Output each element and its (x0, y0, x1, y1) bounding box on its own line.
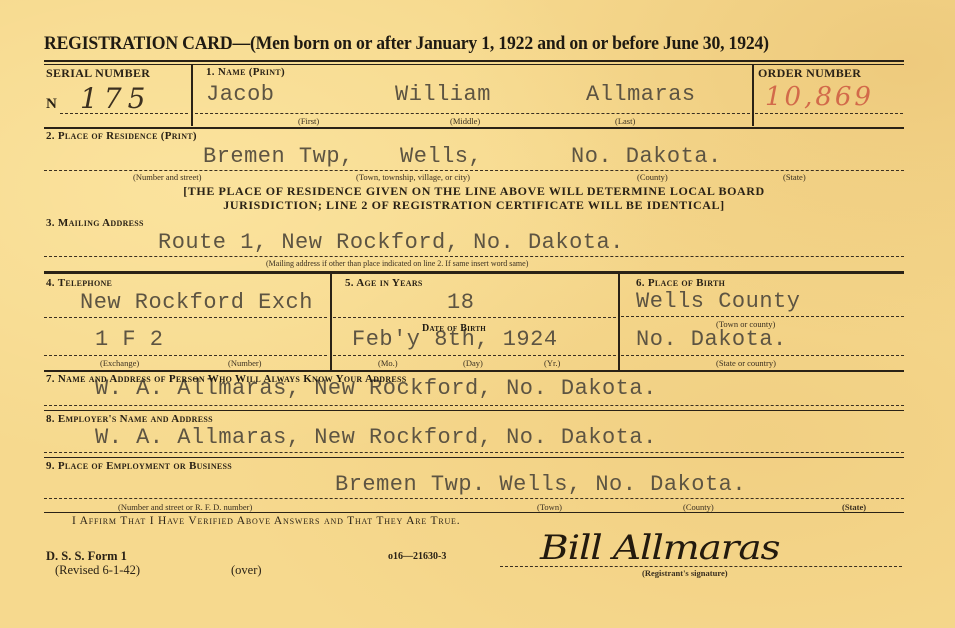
serial-number-label: SERIAL NUMBER (46, 66, 150, 81)
rule-row9 (44, 512, 904, 513)
employment-sub-town: (Town) (537, 502, 562, 512)
employer-value: W. A. Allmaras, New Rockford, No. Dakota… (95, 425, 657, 450)
mailing-sub: (Mailing address if other than place ind… (266, 259, 528, 268)
name-sub-middle: (Middle) (450, 116, 480, 126)
mailing-dash (44, 256, 904, 257)
order-dash (755, 113, 903, 114)
residence-label: 2. Place of Residence (Print) (46, 130, 197, 142)
residence-county: Wells, (400, 144, 482, 169)
telephone-sub-number: (Number) (228, 358, 262, 368)
serial-divider (191, 64, 193, 126)
employment-sub-street: (Number and street or R. F. D. number) (118, 502, 252, 512)
order-number-label: ORDER NUMBER (758, 66, 861, 81)
order-number-value: 10,869 (765, 82, 874, 112)
form-revised: (Revised 6-1-42) (55, 563, 140, 578)
rule-row4 (44, 370, 904, 372)
age-divider (618, 274, 620, 370)
employer-label: 8. Employer's Name and Address (46, 413, 213, 425)
age-label: 5. Age in Years (345, 277, 423, 289)
rule-row1 (44, 127, 904, 129)
name-sub-last: (Last) (615, 116, 635, 126)
employer-dash (44, 452, 904, 453)
rule-top (44, 60, 904, 62)
rule-row3 (44, 271, 904, 274)
serial-dash (60, 113, 188, 114)
birthplace-state: No. Dakota. (636, 327, 787, 352)
residence-dash (44, 170, 904, 171)
name-last: Allmaras (586, 82, 696, 107)
mailing-value: Route 1, New Rockford, No. Dakota. (158, 230, 624, 255)
residence-sub-county: (County) (637, 172, 668, 182)
employment-label: 9. Place of Employment or Business (46, 460, 232, 472)
dob-sub-mo: (Mo.) (378, 358, 398, 368)
telephone-exchange: New Rockford Exch (80, 290, 313, 315)
name-label: 1. Name (Print) (206, 66, 285, 78)
telephone-divider (330, 274, 332, 370)
print-code: o16—21630-3 (388, 551, 446, 562)
employment-dash (44, 498, 904, 499)
residence-sub-street: (Number and street) (133, 172, 201, 182)
birthplace-dash-1 (621, 316, 904, 317)
residence-town: Bremen Twp, (203, 144, 354, 169)
order-divider (752, 64, 754, 126)
signature-dash (500, 566, 902, 567)
name-sub-first: (First) (298, 116, 319, 126)
name-middle: William (395, 82, 491, 107)
telephone-number: 1 F 2 (95, 327, 164, 352)
telephone-sub-exchange: (Exchange) (100, 358, 139, 368)
birthplace-town: Wells County (636, 289, 800, 314)
contact-label: 7. Name and Address of Person Who Will A… (46, 373, 407, 385)
rule-row7 (44, 410, 904, 411)
over-indicator: (over) (231, 563, 262, 578)
residence-notice-line1: [THE PLACE OF RESIDENCE GIVEN ON THE LIN… (44, 184, 904, 199)
contact-dash (44, 405, 904, 406)
rule-row8 (44, 457, 904, 458)
birthplace-sub-state: (State or country) (716, 358, 776, 368)
dob-label: Date of Birth (422, 323, 486, 334)
employment-sub-county: (County) (683, 502, 714, 512)
residence-sub-state: (State) (783, 172, 806, 182)
employment-value: Bremen Twp. Wells, No. Dakota. (335, 472, 746, 497)
serial-prefix: N (46, 96, 57, 113)
residence-state: No. Dakota. (571, 144, 722, 169)
age-dash (333, 317, 616, 318)
serial-number-value: 175 (80, 82, 151, 115)
residence-notice-line2: JURISDICTION; LINE 2 OF REGISTRATION CER… (44, 198, 904, 213)
dob-sub-day: (Day) (463, 358, 483, 368)
affirmation-text: I Affirm That I Have Verified Above Answ… (72, 515, 460, 527)
telephone-label: 4. Telephone (46, 277, 112, 289)
registrant-signature: Bill Allmaras (540, 528, 779, 568)
signature-label: (Registrant's signature) (642, 568, 728, 578)
registration-card: REGISTRATION CARD—(Men born on or after … (0, 0, 955, 628)
dob-sub-yr: (Yr.) (544, 358, 560, 368)
telephone-dash-1 (44, 317, 327, 318)
age-value: 18 (447, 290, 474, 315)
card-title: REGISTRATION CARD—(Men born on or after … (44, 33, 769, 55)
telephone-dash-2 (44, 355, 327, 356)
employment-sub-state: (State) (842, 502, 866, 512)
birthplace-label: 6. Place of Birth (636, 277, 725, 289)
birthplace-dash-2 (621, 355, 904, 356)
residence-sub-town: (Town, township, village, or city) (356, 172, 470, 182)
mailing-label: 3. Mailing Address (46, 217, 144, 229)
name-dash (195, 113, 750, 114)
rule-top-2 (44, 64, 904, 65)
form-number: D. S. S. Form 1 (46, 549, 127, 564)
name-first: Jacob (206, 82, 275, 107)
dob-dash (333, 355, 616, 356)
